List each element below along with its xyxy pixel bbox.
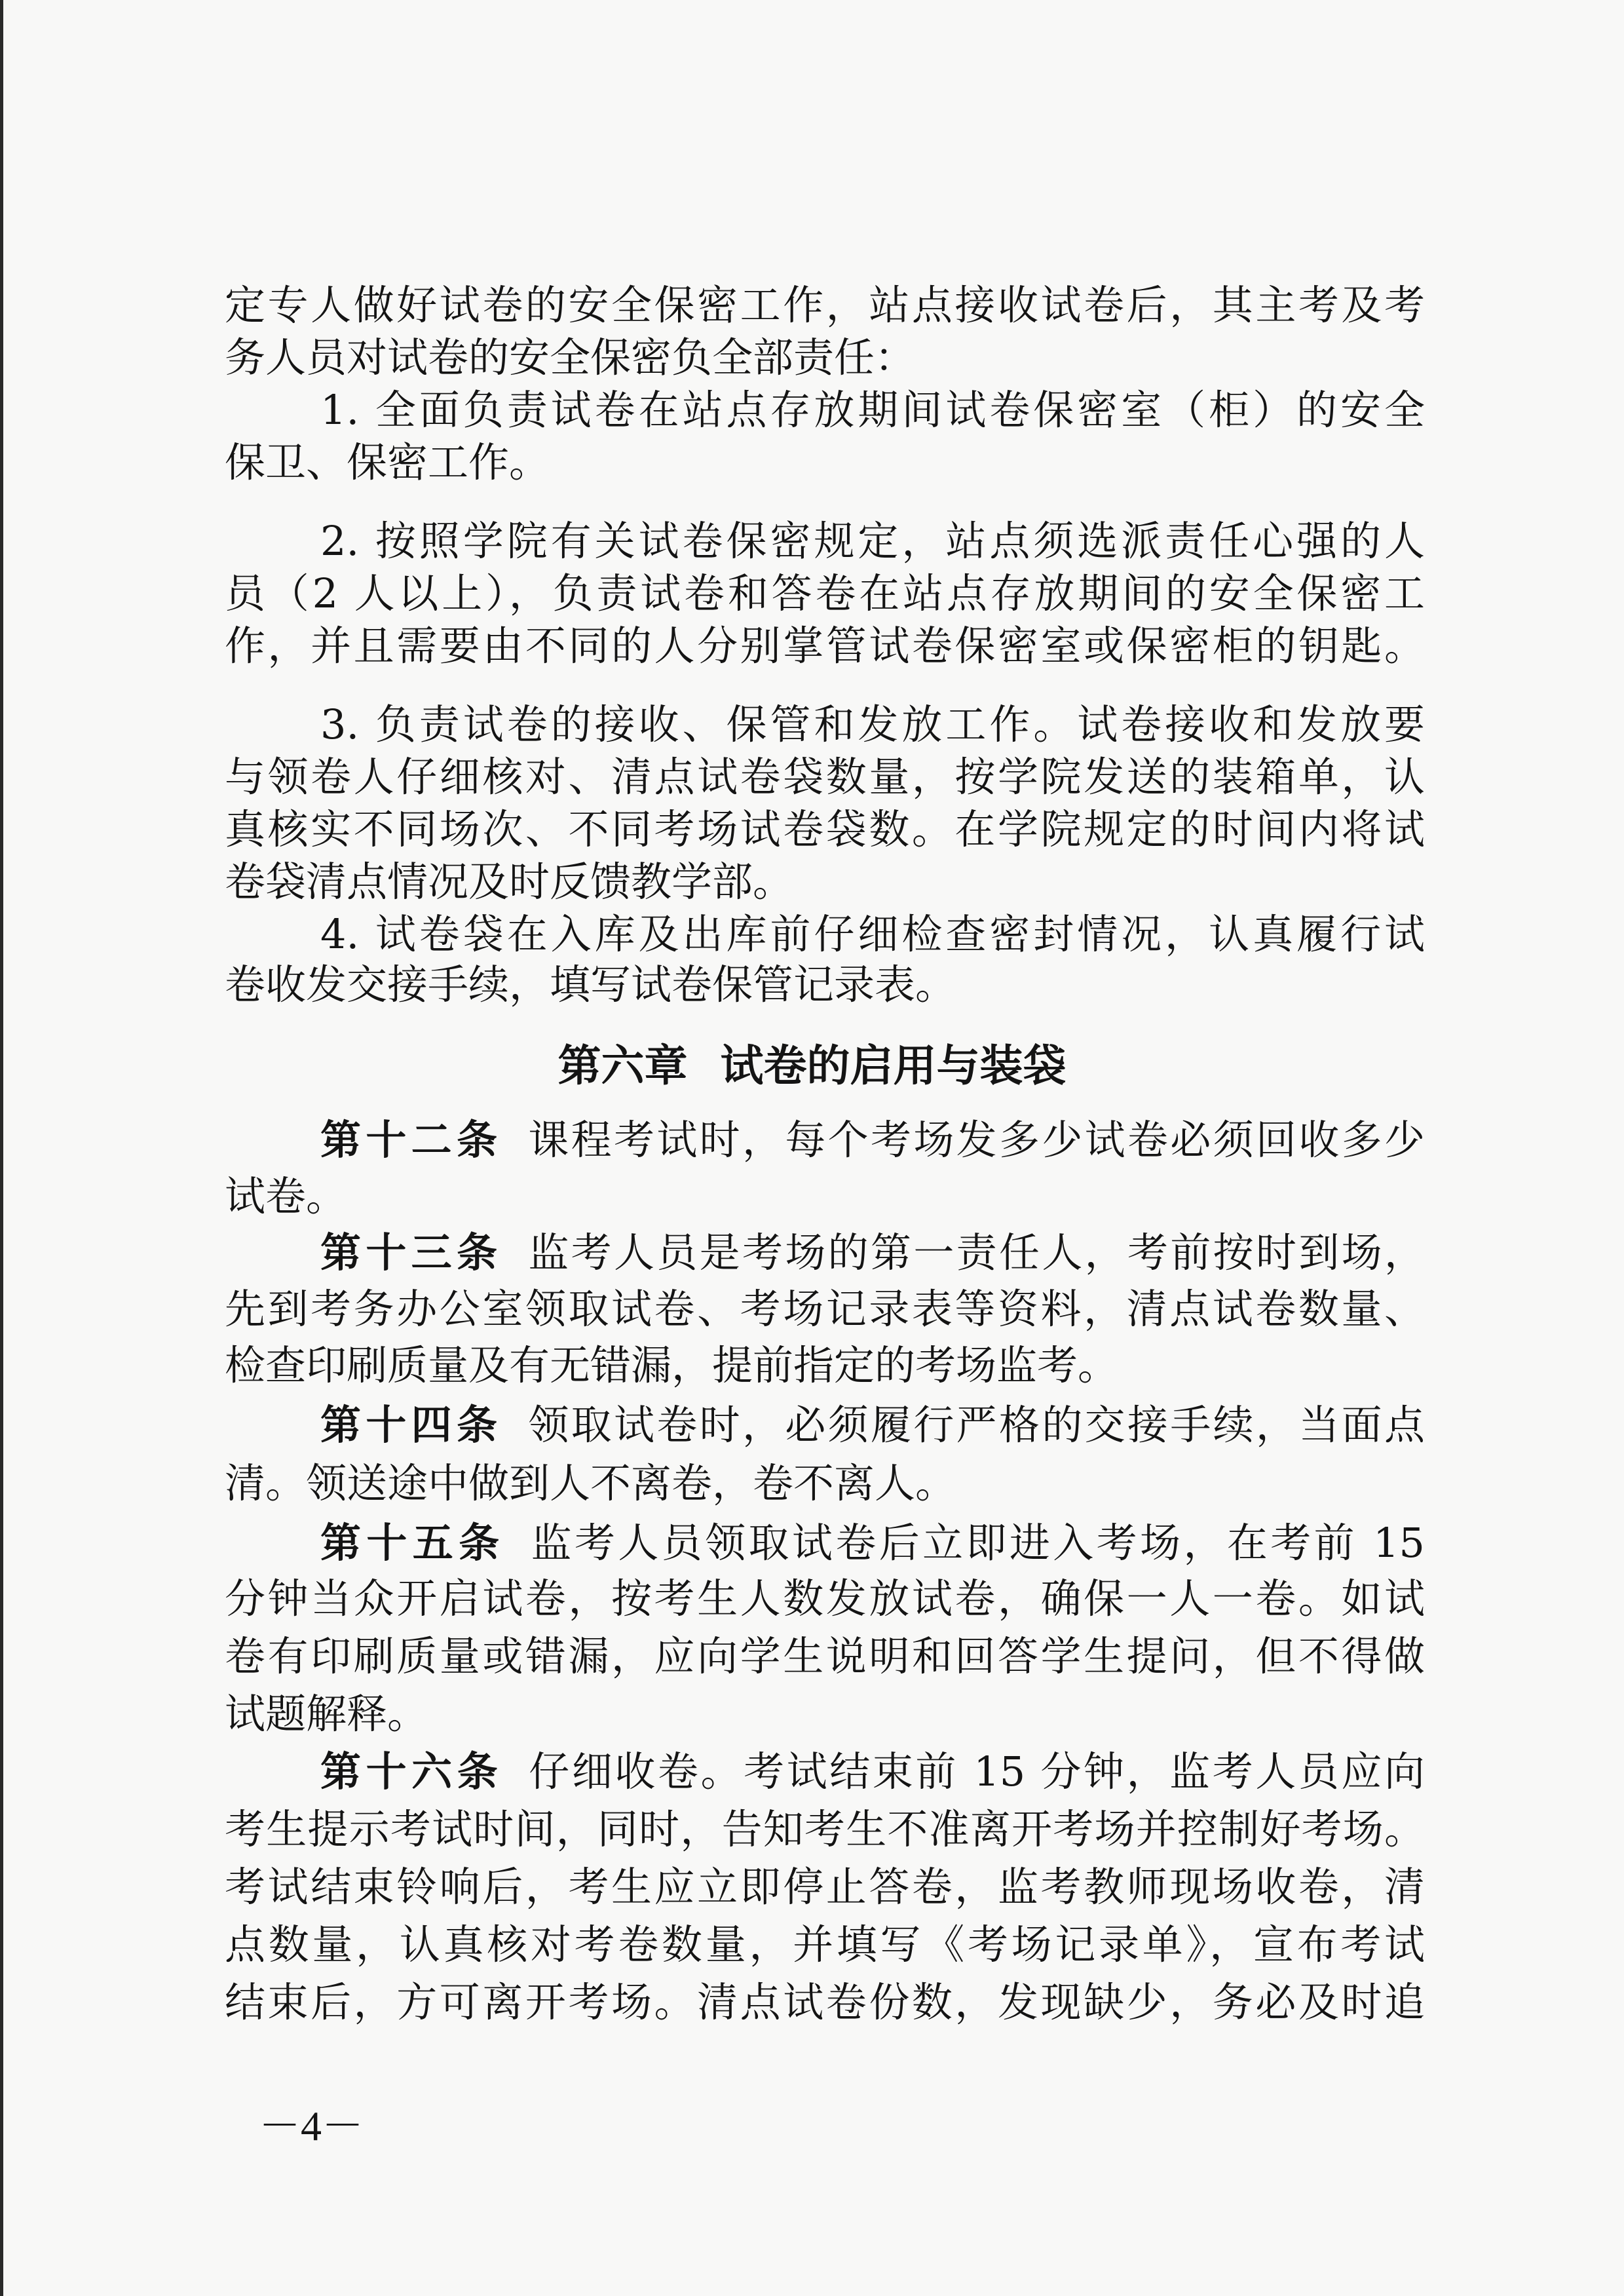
- body-line: 卷收发交接手续，填写试卷保管记录表。: [225, 959, 1425, 1011]
- body-line: 考生提示考试时间，同时，告知考生不准离开考场并控制好考场。: [225, 1803, 1425, 1856]
- article-label: 第十四条: [320, 1401, 502, 1449]
- body-line: 卷有印刷质量或错漏，应向学生说明和回答学生提问，但不得做: [225, 1630, 1425, 1683]
- body-line: 结束后，方可离开考场。清点试卷份数，发现缺少，务必及时追: [225, 1976, 1425, 2029]
- list-item-1: 1. 全面负责试卷在站点存放期间试卷保密室（柜）的安全: [320, 384, 1425, 436]
- body-line: 点数量，认真核对考卷数量，并填写《考场记录单》，宣布考试: [225, 1919, 1425, 1971]
- body-line: 与领卷人仔细核对、清点试卷袋数量，按学院发送的装箱单，认: [225, 751, 1425, 803]
- article-12: 第十二条课程考试时，每个考场发多少试卷必须回收多少: [320, 1114, 1425, 1166]
- body-line: 检查印刷质量及有无错漏，提前指定的考场监考。: [225, 1339, 1425, 1392]
- chapter-heading: 第六章试卷的启用与装袋: [0, 1040, 1624, 1092]
- scan-edge: [0, 0, 3, 2296]
- body-line: 务人员对试卷的安全保密负全部责任：: [225, 332, 1425, 384]
- article-14: 第十四条领取试卷时，必须履行严格的交接手续，当面点: [320, 1399, 1425, 1451]
- body-line: 试卷。: [225, 1170, 1425, 1223]
- body-line: 保卫、保密工作。: [225, 436, 1425, 489]
- body-line: 先到考务办公室领取试卷、考场记录表等资料，清点试卷数量、: [225, 1283, 1425, 1335]
- body-line: 定专人做好试卷的安全保密工作，站点接收试卷后，其主考及考: [225, 279, 1425, 332]
- article-15: 第十五条监考人员领取试卷后立即进入考场，在考前 15: [320, 1517, 1425, 1569]
- list-item-2: 2. 按照学院有关试卷保密规定，站点须选派责任心强的人: [320, 515, 1425, 567]
- article-label: 第十二条: [320, 1116, 502, 1164]
- list-item-3: 3. 负责试卷的接收、保管和发放工作。试卷接收和发放要: [320, 698, 1425, 751]
- body-line: 试题解释。: [225, 1688, 1425, 1740]
- article-text: 监考人员领取试卷后立即进入考场，在考前 15: [531, 1519, 1425, 1567]
- document-page: 定专人做好试卷的安全保密工作，站点接收试卷后，其主考及考 务人员对试卷的安全保密…: [0, 0, 1624, 2296]
- body-line: 作，并且需要由不同的人分别掌管试卷保密室或保密柜的钥匙。: [225, 620, 1425, 672]
- article-text: 监考人员是考场的第一责任人，考前按时到场，: [528, 1229, 1425, 1276]
- list-item-4: 4. 试卷袋在入库及出库前仔细检查密封情况，认真履行试: [320, 908, 1425, 961]
- article-13: 第十三条监考人员是考场的第一责任人，考前按时到场，: [320, 1227, 1425, 1279]
- article-label: 第十三条: [320, 1229, 502, 1276]
- body-line: 卷袋清点情况及时反馈教学部。: [225, 856, 1425, 908]
- body-line: 员（2 人以上），负责试卷和答卷在站点存放期间的安全保密工: [225, 567, 1425, 620]
- body-line: 考试结束铃响后，考生应立即停止答卷，监考教师现场收卷，清: [225, 1861, 1425, 1913]
- chapter-number: 第六章: [558, 1041, 688, 1091]
- body-line: 清。领送途中做到人不离卷，卷不离人。: [225, 1457, 1425, 1510]
- article-text: 领取试卷时，必须履行严格的交接手续，当面点: [528, 1401, 1425, 1449]
- body-line: 分钟当众开启试卷，按考生人数发放试卷，确保一人一卷。如试: [225, 1573, 1425, 1625]
- article-label: 第十五条: [320, 1519, 505, 1567]
- page-number: －4－: [259, 2100, 364, 2152]
- article-text: 仔细收卷。考试结束前 15 分钟，监考人员应向: [529, 1748, 1425, 1795]
- article-text: 课程考试时，每个考场发多少试卷必须回收多少: [528, 1116, 1425, 1164]
- body-line: 真核实不同场次、不同考场试卷袋数。在学院规定的时间内将试: [225, 803, 1425, 856]
- article-16: 第十六条仔细收卷。考试结束前 15 分钟，监考人员应向: [320, 1746, 1425, 1798]
- article-label: 第十六条: [320, 1748, 502, 1795]
- chapter-title: 试卷的启用与装袋: [721, 1041, 1067, 1091]
